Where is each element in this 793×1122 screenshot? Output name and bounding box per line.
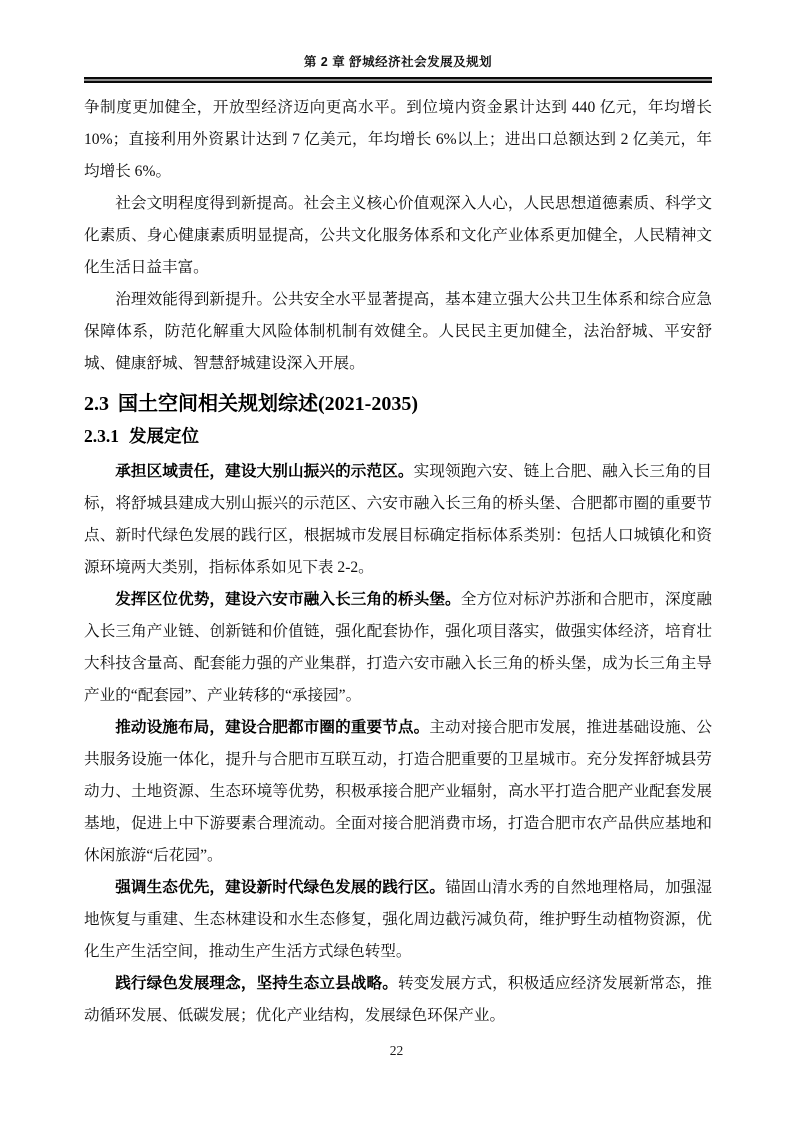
subsection-number: 2.3.1	[84, 426, 119, 446]
page-header: 第 2 章 舒城经济社会发展及规划	[84, 54, 712, 83]
paragraph-text: 社会文明程度得到新提高。社会主义核心价值观深入人心，人民思想道德素质、科学文化素…	[84, 195, 712, 276]
page-number: 22	[390, 1043, 404, 1058]
paragraph-lead: 推动设施布局，建设合肥都市圈的重要节点。	[115, 719, 429, 736]
paragraph: 推动设施布局，建设合肥都市圈的重要节点。主动对接合肥市发展，推进基础设施、公共服…	[84, 712, 712, 872]
paragraph-lead: 践行绿色发展理念，坚持生态立县战略。	[115, 975, 398, 992]
paragraph-lead: 发挥区位优势，建设六安市融入长三角的桥头堡。	[115, 591, 461, 608]
paragraph: 社会文明程度得到新提高。社会主义核心价值观深入人心，人民思想道德素质、科学文化素…	[84, 188, 712, 284]
document-content: 争制度更加健全，开放型经济迈向更高水平。到位境内资金累计达到 440 亿元，年均…	[84, 92, 712, 1032]
subsection-title: 发展定位	[129, 426, 199, 446]
chapter-header-title: 第 2 章 舒城经济社会发展及规划	[84, 54, 712, 71]
paragraph-text: 治理效能得到新提升。公共安全水平显著提高，基本建立强大公共卫生体系和综合应急保障…	[84, 291, 712, 372]
paragraph-lead: 强调生态优先，建设新时代绿色发展的践行区。	[115, 879, 445, 896]
paragraph-lead: 承担区域责任，建设大别山振兴的示范区。	[115, 463, 413, 480]
page-footer: 22	[0, 1042, 793, 1060]
paragraph-text: 主动对接合肥市发展，推进基础设施、公共服务设施一体化，提升与合肥市互联互动，打造…	[84, 719, 712, 864]
section-number: 2.3	[84, 393, 109, 415]
paragraph: 发挥区位优势，建设六安市融入长三角的桥头堡。全方位对标沪苏浙和合肥市，深度融入长…	[84, 584, 712, 712]
paragraph: 治理效能得到新提升。公共安全水平显著提高，基本建立强大公共卫生体系和综合应急保障…	[84, 284, 712, 380]
section-heading: 2.3国土空间相关规划综述(2021-2035)	[84, 390, 712, 418]
paragraph: 践行绿色发展理念，坚持生态立县战略。转变发展方式，积极适应经济发展新常态，推动循…	[84, 968, 712, 1032]
paragraph: 强调生态优先，建设新时代绿色发展的践行区。锚固山清水秀的自然地理格局，加强湿地恢…	[84, 872, 712, 968]
section-title: 国土空间相关规划综述(2021-2035)	[118, 393, 418, 415]
header-double-rule	[84, 77, 712, 83]
paragraph: 争制度更加健全，开放型经济迈向更高水平。到位境内资金累计达到 440 亿元，年均…	[84, 92, 712, 188]
paragraph: 承担区域责任，建设大别山振兴的示范区。实现领跑六安、链上合肥、融入长三角的目标，…	[84, 456, 712, 584]
subsection-heading: 2.3.1发展定位	[84, 424, 712, 448]
document-page: 第 2 章 舒城经济社会发展及规划 争制度更加健全，开放型经济迈向更高水平。到位…	[0, 0, 793, 1122]
paragraph-text: 争制度更加健全，开放型经济迈向更高水平。到位境内资金累计达到 440 亿元，年均…	[84, 99, 712, 180]
